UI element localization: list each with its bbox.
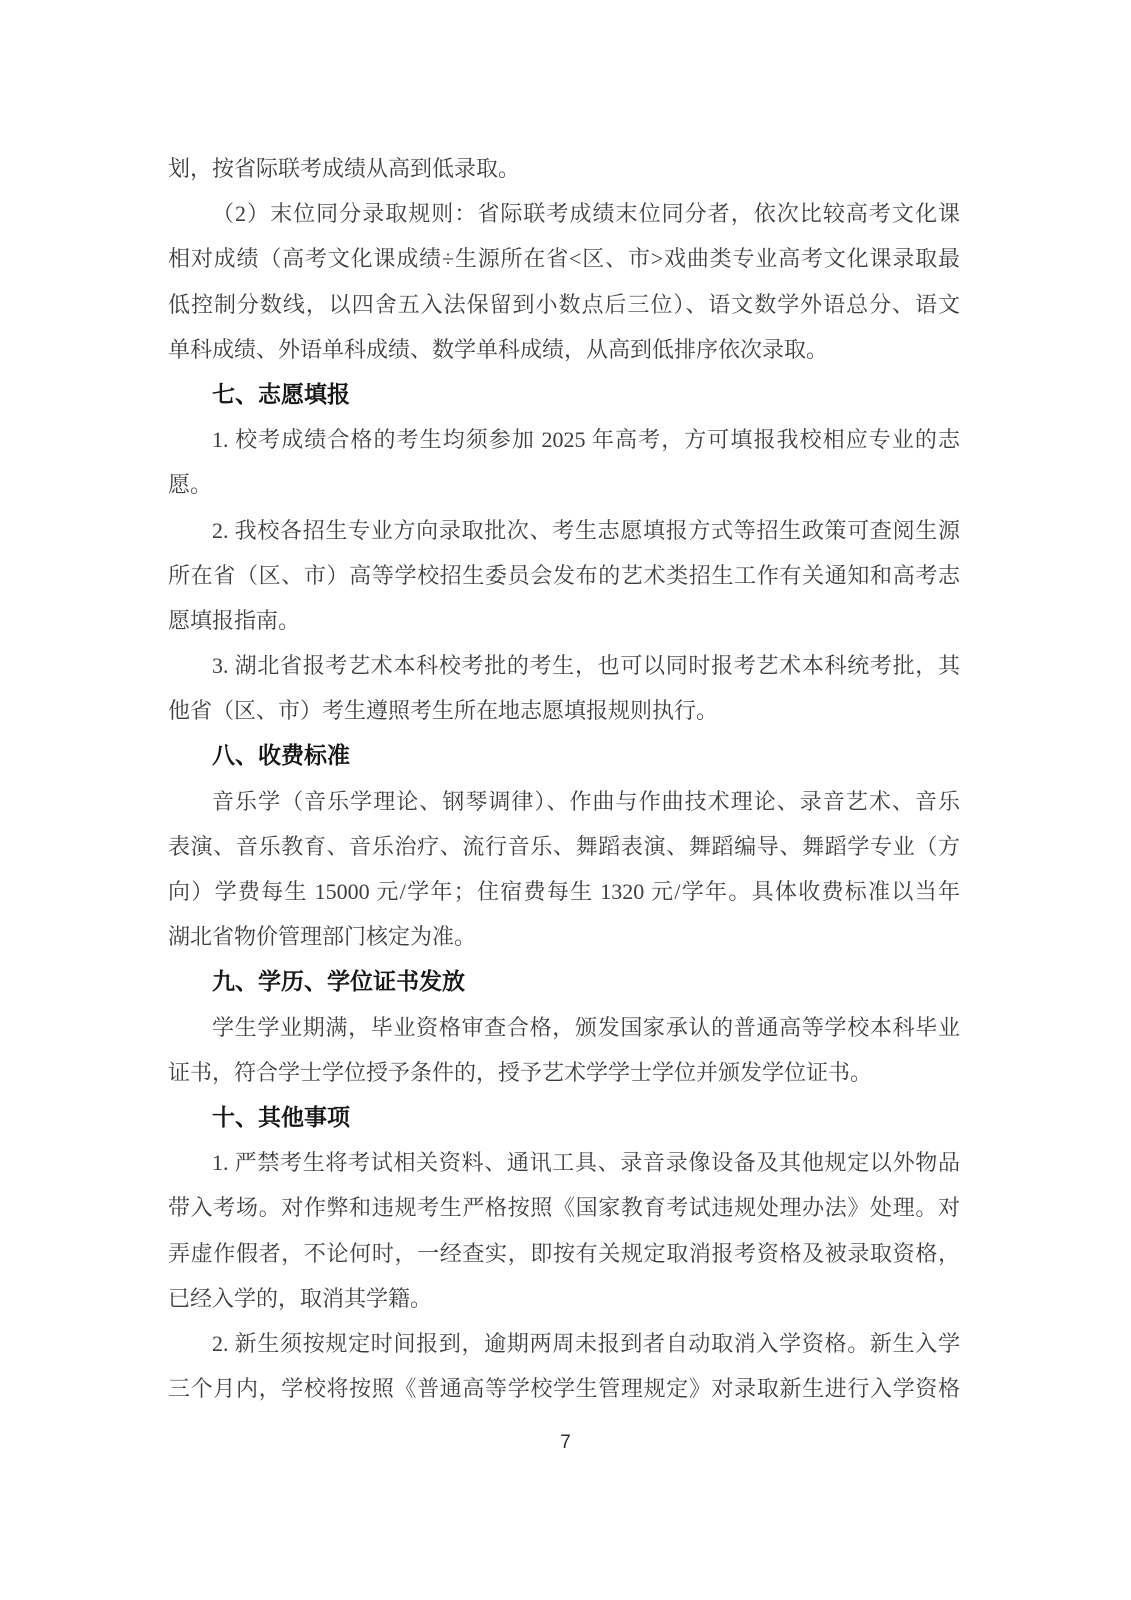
- text-line: 2. 新生须按规定时间报到，逾期两周未报到者自动取消入学资格。新生入学: [168, 1321, 960, 1366]
- text-line: 相对成绩（高考文化课成绩÷生源所在省<区、市>戏曲类专业高考文化课录取最: [168, 236, 960, 281]
- text-line: 愿填报指南。: [168, 598, 960, 643]
- text-line: 学生学业期满，毕业资格审查合格，颁发国家承认的普通高等学校本科毕业: [168, 1005, 960, 1050]
- page-number: 7: [0, 1428, 1131, 1458]
- text-line: （2）末位同分录取规则：省际联考成绩末位同分者，依次比较高考文化课: [168, 191, 960, 236]
- document-body: 划，按省际联考成绩从高到低录取。（2）末位同分录取规则：省际联考成绩末位同分者，…: [168, 146, 960, 1411]
- text-line: 单科成绩、外语单科成绩、数学单科成绩，从高到低排序依次录取。: [168, 327, 960, 372]
- section-heading: 十、其他事项: [168, 1095, 960, 1140]
- text-line: 1. 校考成绩合格的考生均须参加 2025 年高考，方可填报我校相应专业的志: [168, 417, 960, 462]
- text-line: 所在省（区、市）高等学校招生委员会发布的艺术类招生工作有关通知和高考志: [168, 553, 960, 598]
- text-line: 带入考场。对作弊和违规考生严格按照《国家教育考试违规处理办法》处理。对: [168, 1185, 960, 1230]
- section-heading: 九、学历、学位证书发放: [168, 959, 960, 1004]
- text-line: 划，按省际联考成绩从高到低录取。: [168, 146, 960, 191]
- text-line: 2. 我校各招生专业方向录取批次、考生志愿填报方式等招生政策可查阅生源: [168, 508, 960, 553]
- text-line: 证书，符合学士学位授予条件的，授予艺术学学士学位并颁发学位证书。: [168, 1050, 960, 1095]
- text-line: 湖北省物价管理部门核定为准。: [168, 914, 960, 959]
- text-line: 已经入学的，取消其学籍。: [168, 1276, 960, 1321]
- text-line: 他省（区、市）考生遵照考生所在地志愿填报规则执行。: [168, 688, 960, 733]
- text-line: 1. 严禁考生将考试相关资料、通讯工具、录音录像设备及其他规定以外物品: [168, 1140, 960, 1185]
- section-heading: 八、收费标准: [168, 733, 960, 778]
- section-heading: 七、志愿填报: [168, 372, 960, 417]
- text-line: 低控制分数线，以四舍五入法保留到小数点后三位）、语文数学外语总分、语文: [168, 282, 960, 327]
- text-line: 愿。: [168, 462, 960, 507]
- text-line: 3. 湖北省报考艺术本科校考批的考生，也可以同时报考艺术本科统考批，其: [168, 643, 960, 688]
- text-line: 三个月内，学校将按照《普通高等学校学生管理规定》对录取新生进行入学资格: [168, 1366, 960, 1411]
- text-line: 弄虚作假者，不论何时，一经查实，即按有关规定取消报考资格及被录取资格，: [168, 1231, 960, 1276]
- text-line: 向）学费每生 15000 元/学年；住宿费每生 1320 元/学年。具体收费标准…: [168, 869, 960, 914]
- text-line: 音乐学（音乐学理论、钢琴调律）、作曲与作曲技术理论、录音艺术、音乐: [168, 779, 960, 824]
- document-page: 划，按省际联考成绩从高到低录取。（2）末位同分录取规则：省际联考成绩末位同分者，…: [0, 0, 1131, 1600]
- text-line: 表演、音乐教育、音乐治疗、流行音乐、舞蹈表演、舞蹈编导、舞蹈学专业（方: [168, 824, 960, 869]
